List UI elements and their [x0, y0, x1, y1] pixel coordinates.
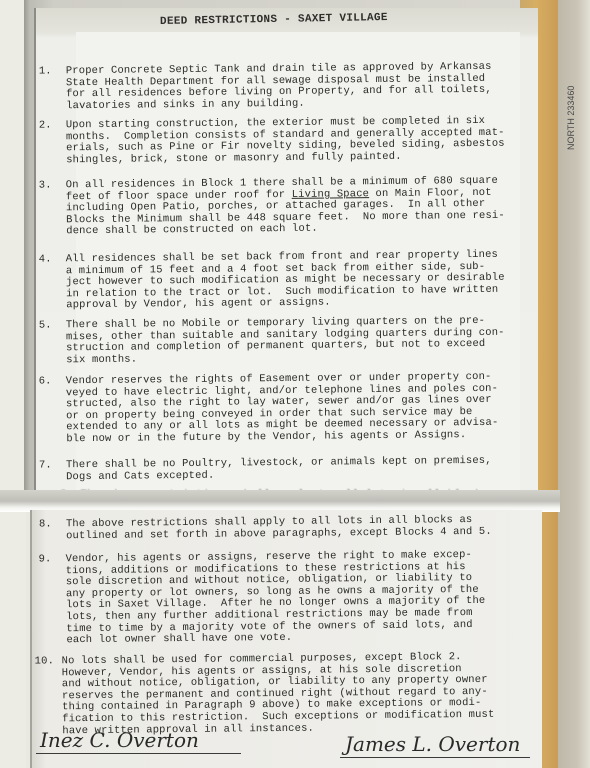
signature-line-left	[36, 753, 241, 754]
paragraph-number: 1.	[39, 66, 52, 78]
restriction-paragraph: 5.There shall be no Mobile or temporary …	[66, 316, 505, 367]
stamp-text: NORTH 233460	[566, 86, 576, 150]
restriction-paragraph: 2.Upon starting construction, the exteri…	[66, 116, 505, 167]
paragraph-number: 7.	[39, 460, 52, 472]
restriction-paragraph: 9.Vendor, his agents or assigns, reserve…	[66, 550, 486, 647]
paragraph-number: 6.	[39, 376, 52, 388]
signature-right: James L. Overton	[345, 732, 520, 756]
paragraph-number: 4.	[39, 254, 52, 266]
paragraph-number: 5.	[39, 320, 52, 332]
paragraph-number: 2.	[39, 120, 52, 132]
restriction-paragraph: 1.Proper Concrete Septic Tank and drain …	[66, 62, 492, 113]
restriction-paragraph: 8.The above restrictions shall apply to …	[66, 515, 492, 543]
paragraph-number: 9.	[39, 554, 52, 566]
paragraph-number: 3.	[39, 180, 52, 192]
restriction-paragraph: 10.No lots shall be used for commercial …	[62, 652, 495, 738]
restriction-paragraph: 4.All residences shall be set back from …	[66, 250, 505, 313]
paper-fold	[0, 490, 560, 512]
restriction-paragraph: 7.There shall be no Poultry, livestock, …	[66, 456, 492, 484]
signature-line-right	[340, 757, 530, 758]
paragraph-number: 10.	[35, 656, 54, 668]
restriction-paragraph: 3.On all residences in Block 1 there sha…	[66, 176, 505, 239]
paragraph-number: 8.	[39, 519, 52, 531]
background-left	[0, 0, 26, 768]
signature-left: Inez C. Overton	[40, 728, 199, 752]
restriction-paragraph: 6.Vendor reserves the rights of Easement…	[66, 372, 499, 446]
